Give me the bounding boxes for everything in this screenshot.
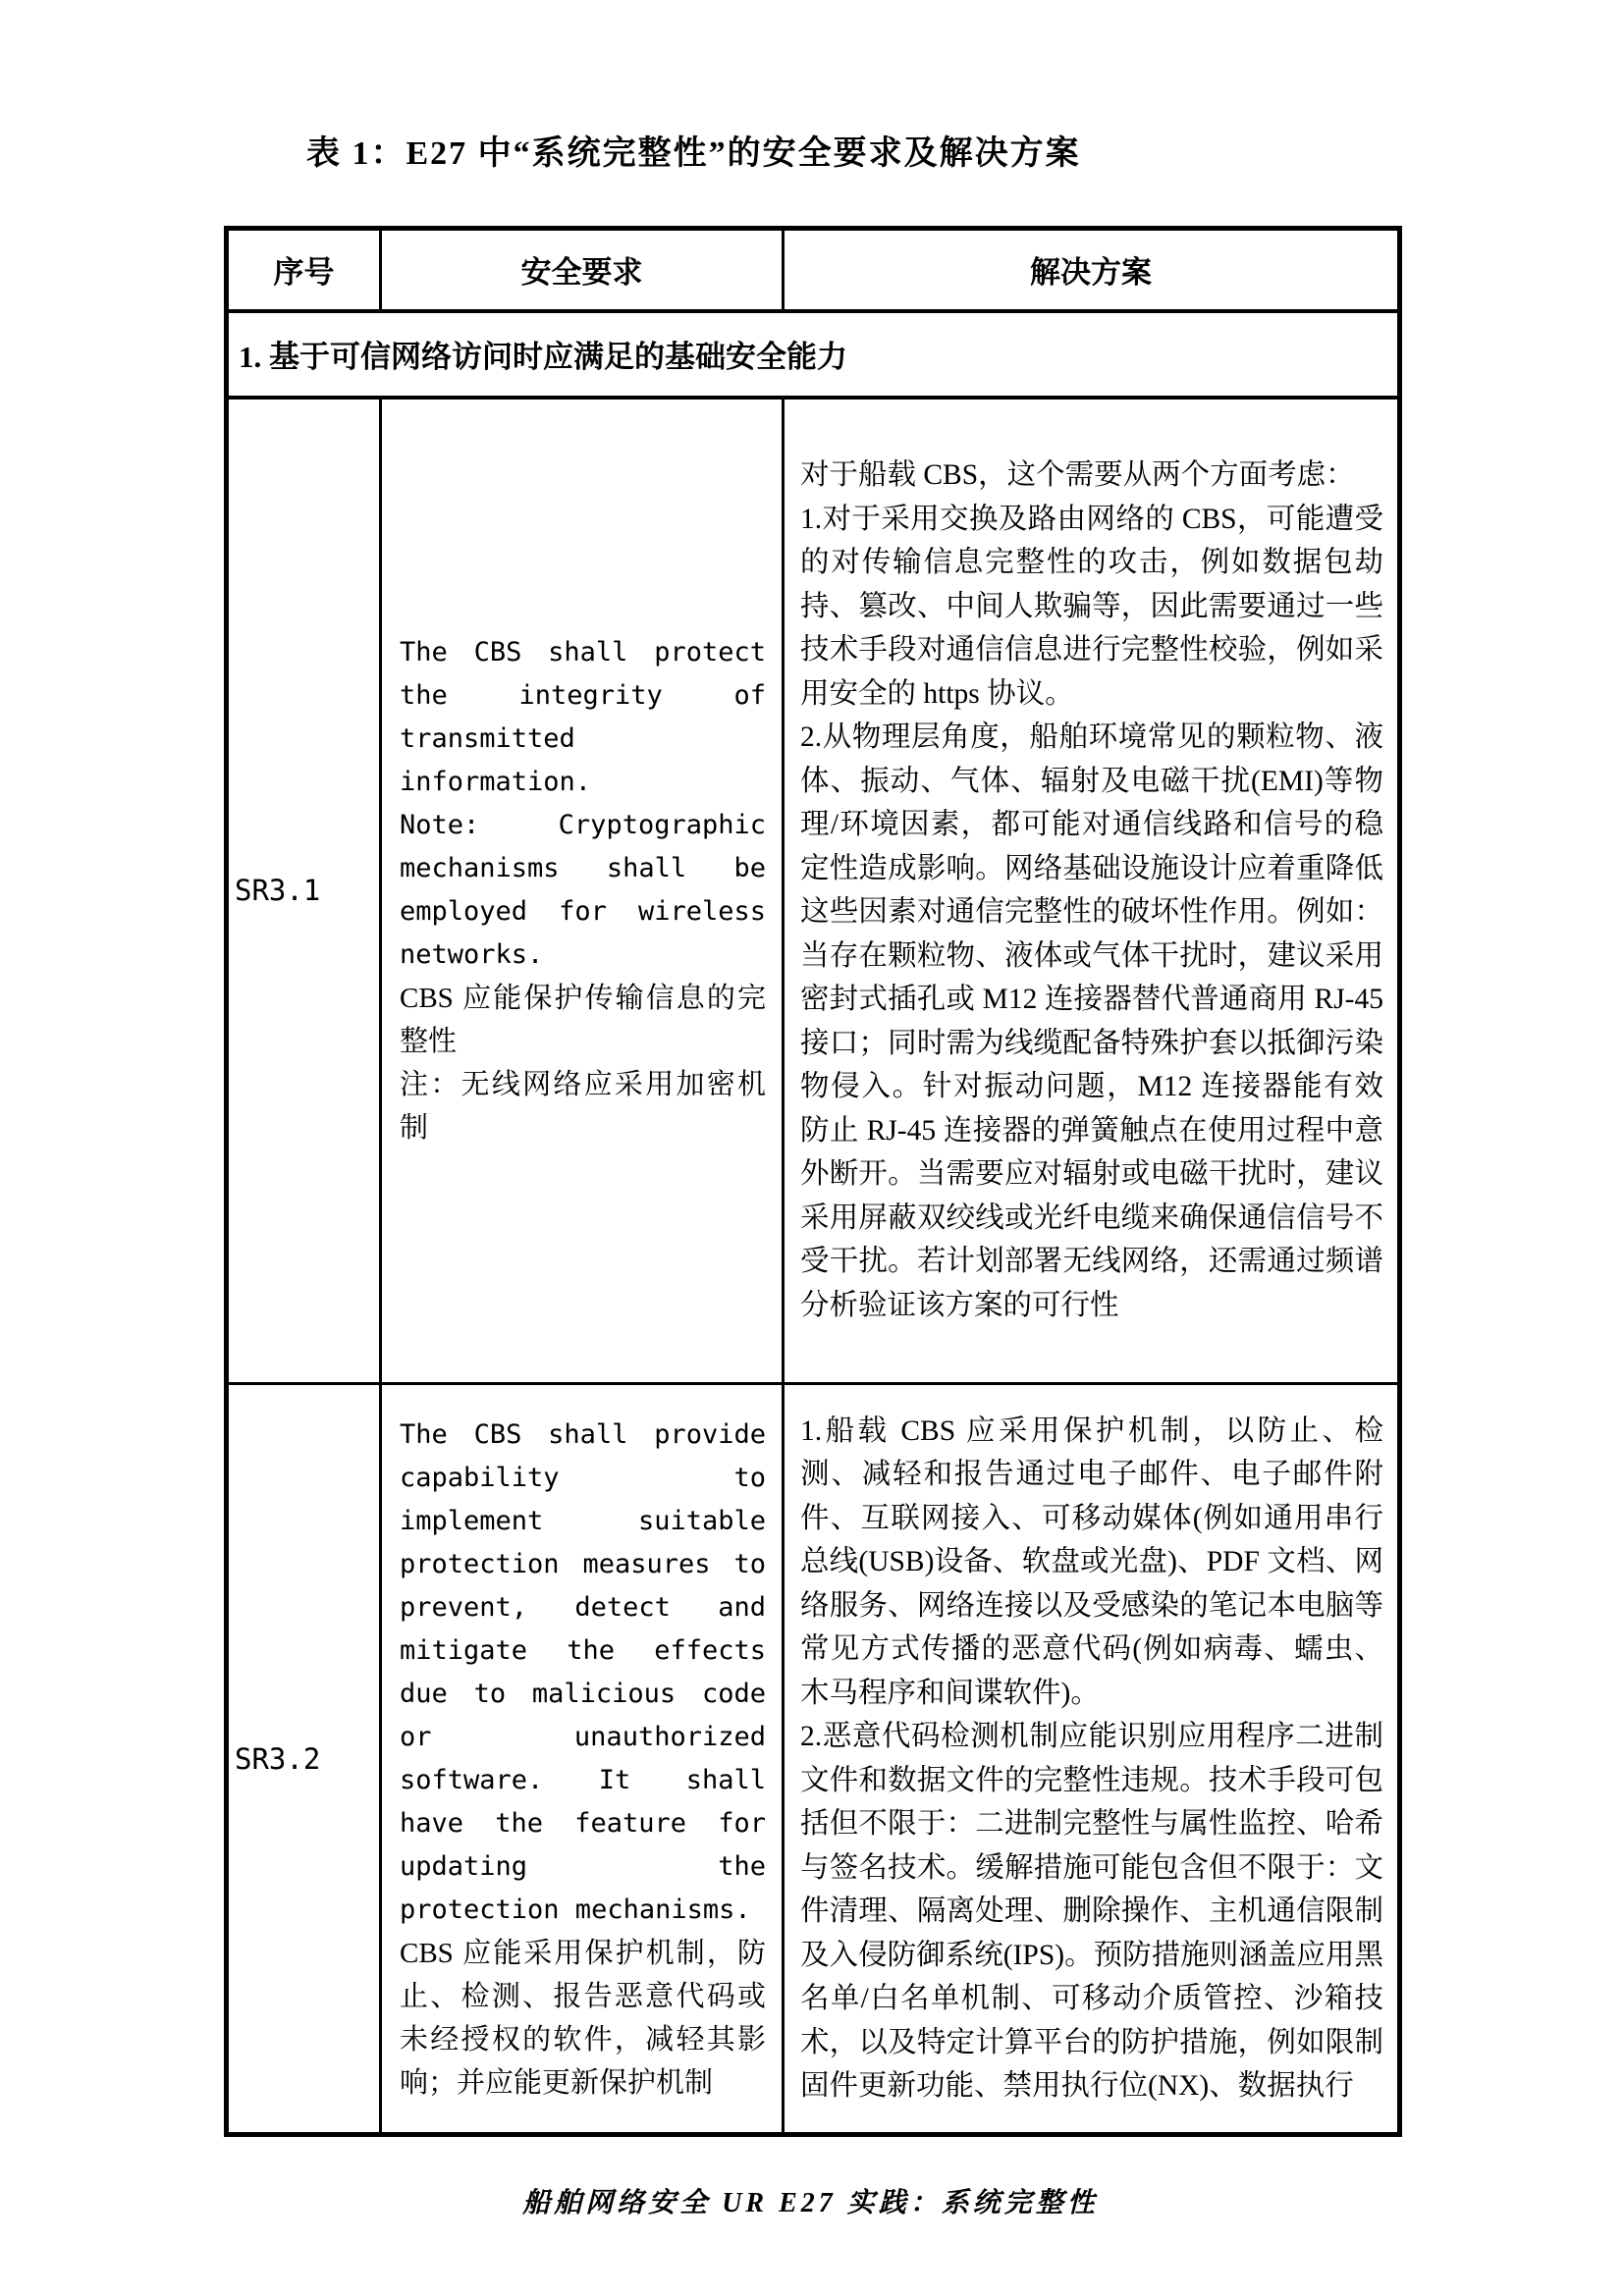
section-title: 1. 基于可信网络访问时应满足的基础安全能力 xyxy=(227,311,1400,398)
page-footer: 船舶网络安全 UR E27 实践：系统完整性 xyxy=(224,2181,1397,2220)
solution-cell: 1.船载 CBS 应采用保护机制，以防止、检测、减轻和报告通过电子邮件、电子邮件… xyxy=(784,1384,1400,2135)
requirement-text-english: The CBS shall provide capability to impl… xyxy=(400,1414,766,1932)
requirement-text-chinese: CBS 应能保护传输信息的完整性 注：无线网络应采用加密机制 xyxy=(400,977,766,1149)
requirement-text-english: The CBS shall protect the integrity of t… xyxy=(400,631,766,977)
table-title: 表 1：E27 中“系统完整性”的安全要求及解决方案 xyxy=(306,126,1081,174)
requirement-cell: The CBS shall protect the integrity of t… xyxy=(381,398,784,1384)
table-row: SR3.2 The CBS shall provide capability t… xyxy=(227,1384,1400,2135)
section-header-row: 1. 基于可信网络访问时应满足的基础安全能力 xyxy=(227,311,1400,398)
security-requirements-table: 序号 安全要求 解决方案 1. 基于可信网络访问时应满足的基础安全能力 SR3.… xyxy=(224,226,1402,2137)
solution-cell: 对于船载 CBS，这个需要从两个方面考虑： 1.对于采用交换及路由网络的 CBS… xyxy=(784,398,1400,1384)
document-page: 表 1：E27 中“系统完整性”的安全要求及解决方案 序号 安全要求 解决方案 … xyxy=(0,0,1624,2296)
header-cell-solution: 解决方案 xyxy=(784,229,1400,311)
table-row: SR3.1 The CBS shall protect the integrit… xyxy=(227,398,1400,1384)
row-id: SR3.2 xyxy=(227,1384,381,2135)
table-header-row: 序号 安全要求 解决方案 xyxy=(227,229,1400,311)
requirement-text-chinese: CBS 应能采用保护机制，防止、检测、报告恶意代码或未经授权的软件，减轻其影响；… xyxy=(400,1932,766,2105)
row-id: SR3.1 xyxy=(227,398,381,1384)
requirement-cell: The CBS shall provide capability to impl… xyxy=(381,1384,784,2135)
solution-text: 对于船载 CBS，这个需要从两个方面考虑： 1.对于采用交换及路由网络的 CBS… xyxy=(800,454,1383,1327)
header-cell-requirement: 安全要求 xyxy=(381,229,784,311)
solution-text: 1.船载 CBS 应采用保护机制，以防止、检测、减轻和报告通过电子邮件、电子邮件… xyxy=(800,1410,1383,2109)
header-cell-id: 序号 xyxy=(227,229,381,311)
